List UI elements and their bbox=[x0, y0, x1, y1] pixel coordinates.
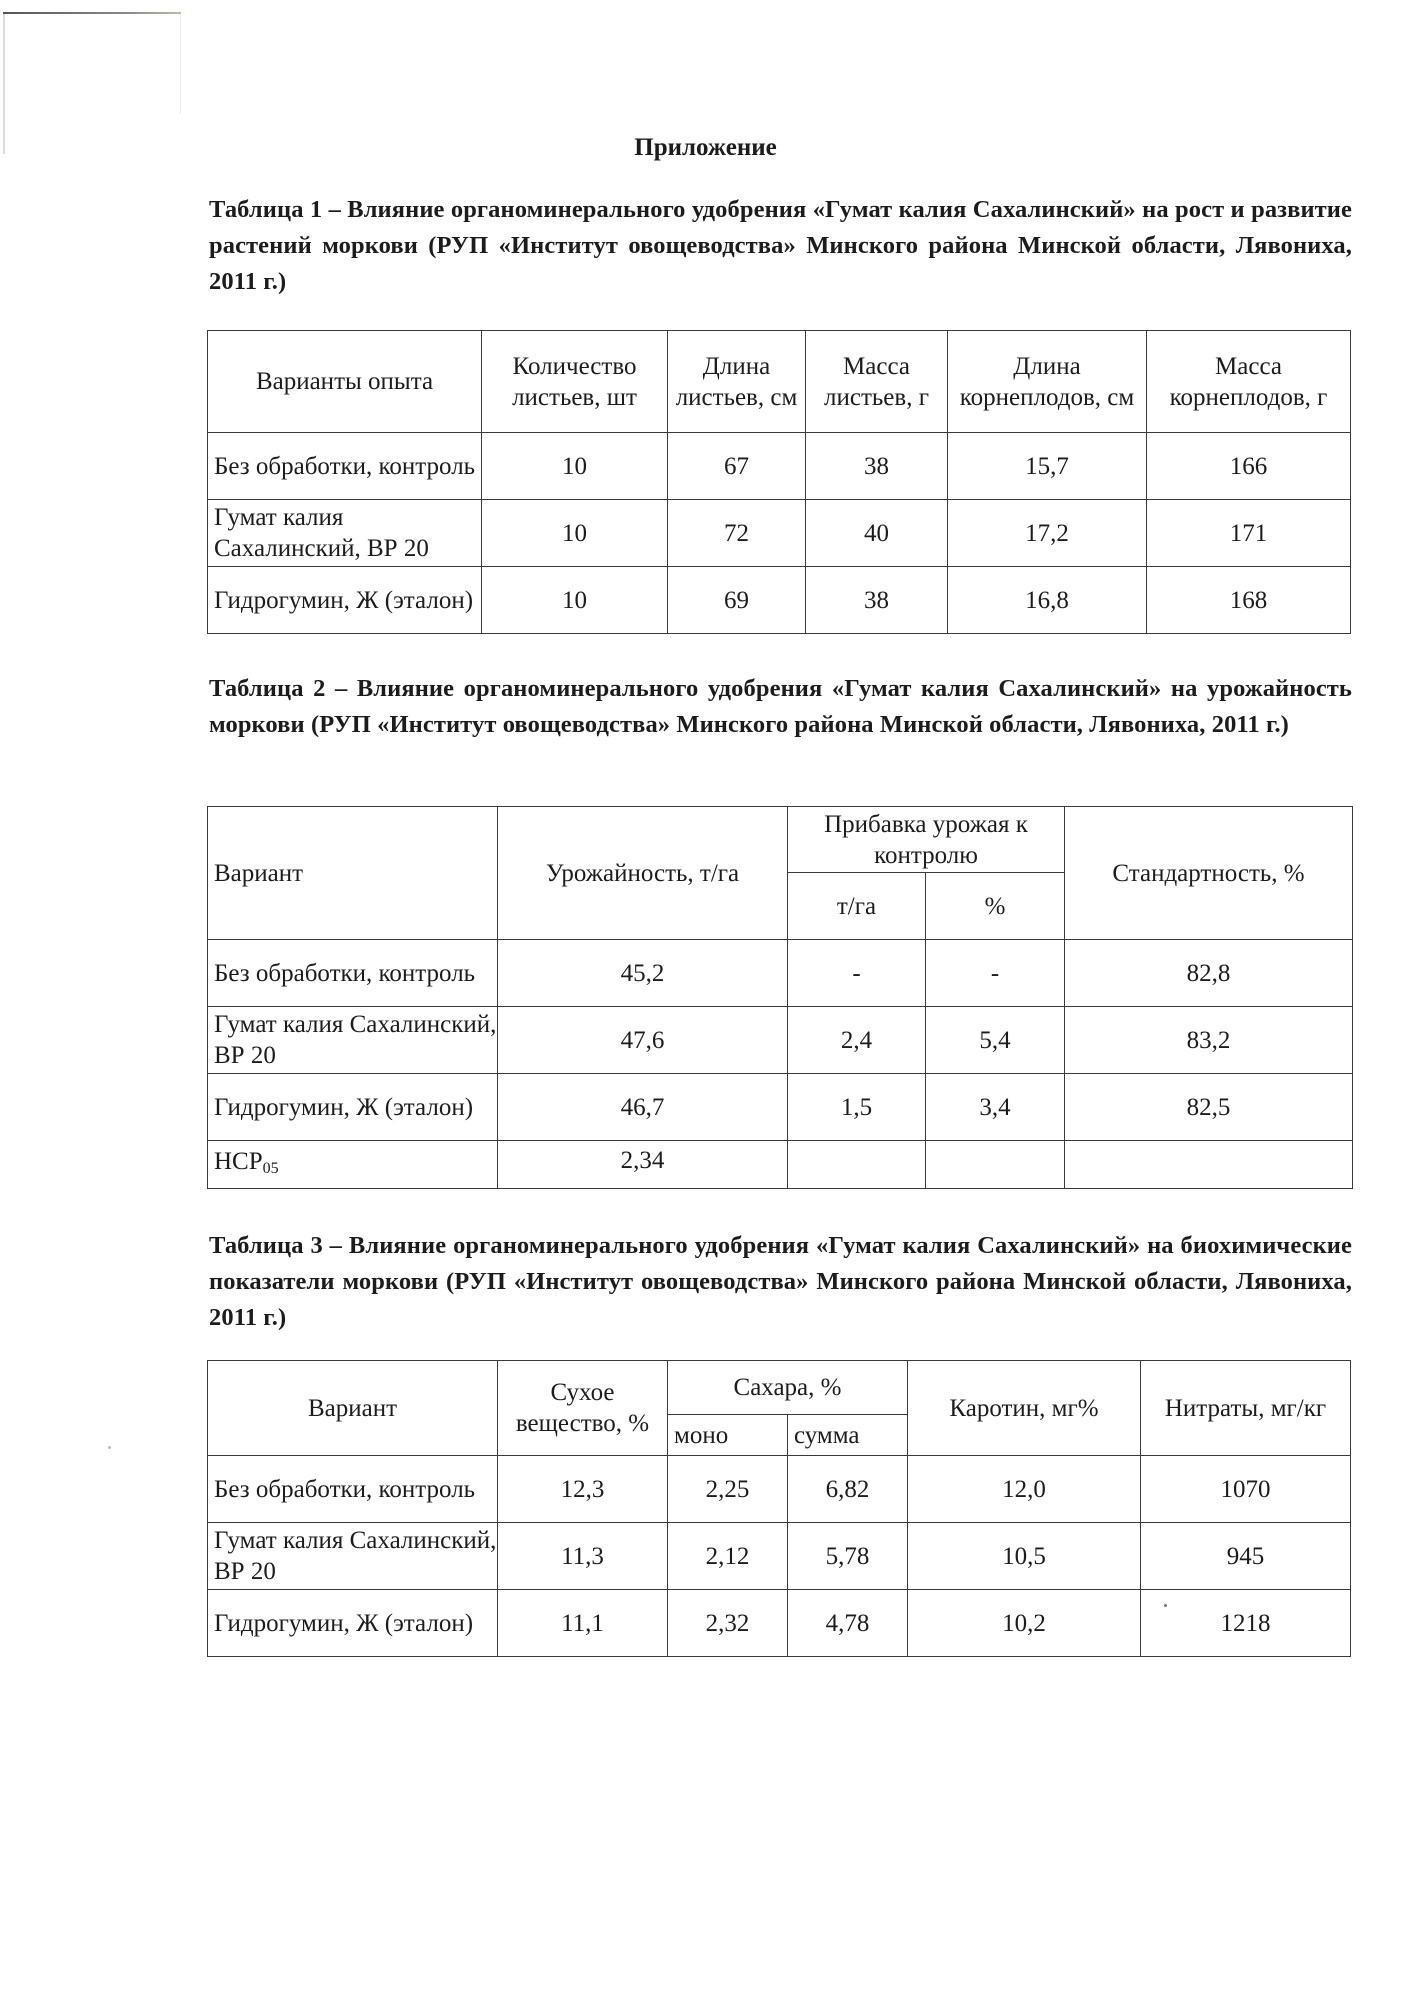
table3-header: Сухое вещество, % bbox=[498, 1361, 668, 1456]
appendix-heading: Приложение bbox=[0, 134, 1411, 162]
table3-header: Каротин, мг% bbox=[908, 1361, 1141, 1456]
value-cell: 12,3 bbox=[498, 1456, 668, 1523]
table1-header: Масса листьев, г bbox=[806, 331, 948, 433]
lsd-row: НСР05 2,34 bbox=[208, 1141, 1353, 1189]
value-cell: 2,12 bbox=[668, 1523, 788, 1590]
variant-cell: Гумат калия Сахалинский, ВР 20 bbox=[208, 1007, 498, 1074]
value-cell: 83,2 bbox=[1065, 1007, 1353, 1074]
value-cell: 10,5 bbox=[908, 1523, 1141, 1590]
table1-header-row: Варианты опыта Количество листьев, шт Дл… bbox=[208, 331, 1351, 433]
lsd-label: НСР bbox=[214, 1148, 263, 1175]
value-cell: 166 bbox=[1147, 433, 1351, 500]
value-cell: 10 bbox=[482, 433, 668, 500]
table-row: Гидрогумин, Ж (эталон) 10 69 38 16,8 168 bbox=[208, 567, 1351, 634]
value-cell: 47,6 bbox=[498, 1007, 788, 1074]
table2-header: Стандартность, % bbox=[1065, 807, 1353, 940]
table2-caption: Таблица 2 – Влияние органоминерального у… bbox=[209, 671, 1352, 743]
value-cell: 6,82 bbox=[788, 1456, 908, 1523]
value-cell: 46,7 bbox=[498, 1074, 788, 1141]
value-cell: 3,4 bbox=[926, 1074, 1065, 1141]
empty-cell bbox=[1065, 1141, 1353, 1189]
value-cell: 45,2 bbox=[498, 940, 788, 1007]
value-cell: 17,2 bbox=[948, 500, 1147, 567]
table2-subheader: т/га bbox=[788, 873, 926, 940]
lsd-value-cell: 2,34 bbox=[498, 1141, 788, 1189]
value-cell: 67 bbox=[668, 433, 806, 500]
variant-cell: Гидрогумин, Ж (эталон) bbox=[208, 1074, 498, 1141]
lsd-subscript: 05 bbox=[263, 1160, 279, 1177]
table3-header: Вариант bbox=[208, 1361, 498, 1456]
table2-header: Прибавка урожая к контролю bbox=[788, 807, 1065, 873]
variant-cell: Без обработки, контроль bbox=[208, 1456, 498, 1523]
value-cell: 15,7 bbox=[948, 433, 1147, 500]
value-cell: 1,5 bbox=[788, 1074, 926, 1141]
value-cell: 82,5 bbox=[1065, 1074, 1353, 1141]
value-cell: 10 bbox=[482, 567, 668, 634]
scan-speck bbox=[1164, 1604, 1167, 1607]
table2-subheader: % bbox=[926, 873, 1065, 940]
empty-cell bbox=[788, 1141, 926, 1189]
table3-header-row: Вариант Сухое вещество, % Сахара, % Каро… bbox=[208, 1361, 1351, 1415]
table3-subheader: сумма bbox=[788, 1415, 908, 1456]
table-row: Гумат калия Сахалинский, ВР 20 47,6 2,4 … bbox=[208, 1007, 1353, 1074]
table3-caption: Таблица 3 – Влияние органоминерального у… bbox=[209, 1228, 1352, 1336]
table-row: Гумат калия Сахалинский, ВР 20 11,3 2,12… bbox=[208, 1523, 1351, 1590]
value-cell: 168 bbox=[1147, 567, 1351, 634]
table1-header: Длина корнеплодов, см bbox=[948, 331, 1147, 433]
table1-header: Длина листьев, см bbox=[668, 331, 806, 433]
value-cell: 5,4 bbox=[926, 1007, 1065, 1074]
empty-cell bbox=[926, 1141, 1065, 1189]
variant-cell: Гумат калия Сахалинский, ВР 20 bbox=[208, 1523, 498, 1590]
value-cell: 2,25 bbox=[668, 1456, 788, 1523]
table3-header: Сахара, % bbox=[668, 1361, 908, 1415]
value-cell: 171 bbox=[1147, 500, 1351, 567]
table2-header: Урожайность, т/га bbox=[498, 807, 788, 940]
value-cell: 16,8 bbox=[948, 567, 1147, 634]
value-cell: 4,78 bbox=[788, 1590, 908, 1657]
value-cell: 2,32 bbox=[668, 1590, 788, 1657]
table-row: Гумат калия Сахалинский, ВР 20 10 72 40 … bbox=[208, 500, 1351, 567]
value-cell: - bbox=[788, 940, 926, 1007]
table2-header: Вариант bbox=[208, 807, 498, 940]
table-row: Без обработки, контроль 10 67 38 15,7 16… bbox=[208, 433, 1351, 500]
value-cell: 1218 bbox=[1141, 1590, 1351, 1657]
scan-edge-artifact bbox=[3, 12, 181, 14]
value-cell: 10,2 bbox=[908, 1590, 1141, 1657]
value-cell: 69 bbox=[668, 567, 806, 634]
value-cell: 38 bbox=[806, 567, 948, 634]
scan-speck bbox=[108, 1446, 111, 1449]
table1-header: Варианты опыта bbox=[208, 331, 482, 433]
table1-header: Масса корнеплодов, г bbox=[1147, 331, 1351, 433]
value-cell: 10 bbox=[482, 500, 668, 567]
value-cell: 1070 bbox=[1141, 1456, 1351, 1523]
scan-edge-artifact bbox=[180, 14, 181, 114]
value-cell: 11,1 bbox=[498, 1590, 668, 1657]
variant-cell: Без обработки, контроль bbox=[208, 433, 482, 500]
table2: Вариант Урожайность, т/га Прибавка урожа… bbox=[207, 806, 1353, 1189]
table2-header-row: Вариант Урожайность, т/га Прибавка урожа… bbox=[208, 807, 1353, 873]
variant-cell: Гумат калия Сахалинский, ВР 20 bbox=[208, 500, 482, 567]
value-cell: 2,4 bbox=[788, 1007, 926, 1074]
table3-header: Нитраты, мг/кг bbox=[1141, 1361, 1351, 1456]
scan-edge-artifact bbox=[3, 14, 5, 154]
value-cell: 945 bbox=[1141, 1523, 1351, 1590]
table1-caption: Таблица 1 – Влияние органоминерального у… bbox=[209, 192, 1352, 300]
value-cell: 72 bbox=[668, 500, 806, 567]
value-cell: 40 bbox=[806, 500, 948, 567]
value-cell: 11,3 bbox=[498, 1523, 668, 1590]
value-cell: 38 bbox=[806, 433, 948, 500]
table-row: Гидрогумин, Ж (эталон) 46,7 1,5 3,4 82,5 bbox=[208, 1074, 1353, 1141]
value-cell: - bbox=[926, 940, 1065, 1007]
table-row: Без обработки, контроль 12,3 2,25 6,82 1… bbox=[208, 1456, 1351, 1523]
variant-cell: Без обработки, контроль bbox=[208, 940, 498, 1007]
value-cell: 12,0 bbox=[908, 1456, 1141, 1523]
value-cell: 82,8 bbox=[1065, 940, 1353, 1007]
lsd-label-cell: НСР05 bbox=[208, 1141, 498, 1189]
value-cell: 5,78 bbox=[788, 1523, 908, 1590]
table1-header: Количество листьев, шт bbox=[482, 331, 668, 433]
table3-subheader: моно bbox=[668, 1415, 788, 1456]
table-row: Гидрогумин, Ж (эталон) 11,1 2,32 4,78 10… bbox=[208, 1590, 1351, 1657]
table-row: Без обработки, контроль 45,2 - - 82,8 bbox=[208, 940, 1353, 1007]
table1: Варианты опыта Количество листьев, шт Дл… bbox=[207, 330, 1351, 634]
variant-cell: Гидрогумин, Ж (эталон) bbox=[208, 567, 482, 634]
variant-cell: Гидрогумин, Ж (эталон) bbox=[208, 1590, 498, 1657]
table3: Вариант Сухое вещество, % Сахара, % Каро… bbox=[207, 1360, 1351, 1657]
